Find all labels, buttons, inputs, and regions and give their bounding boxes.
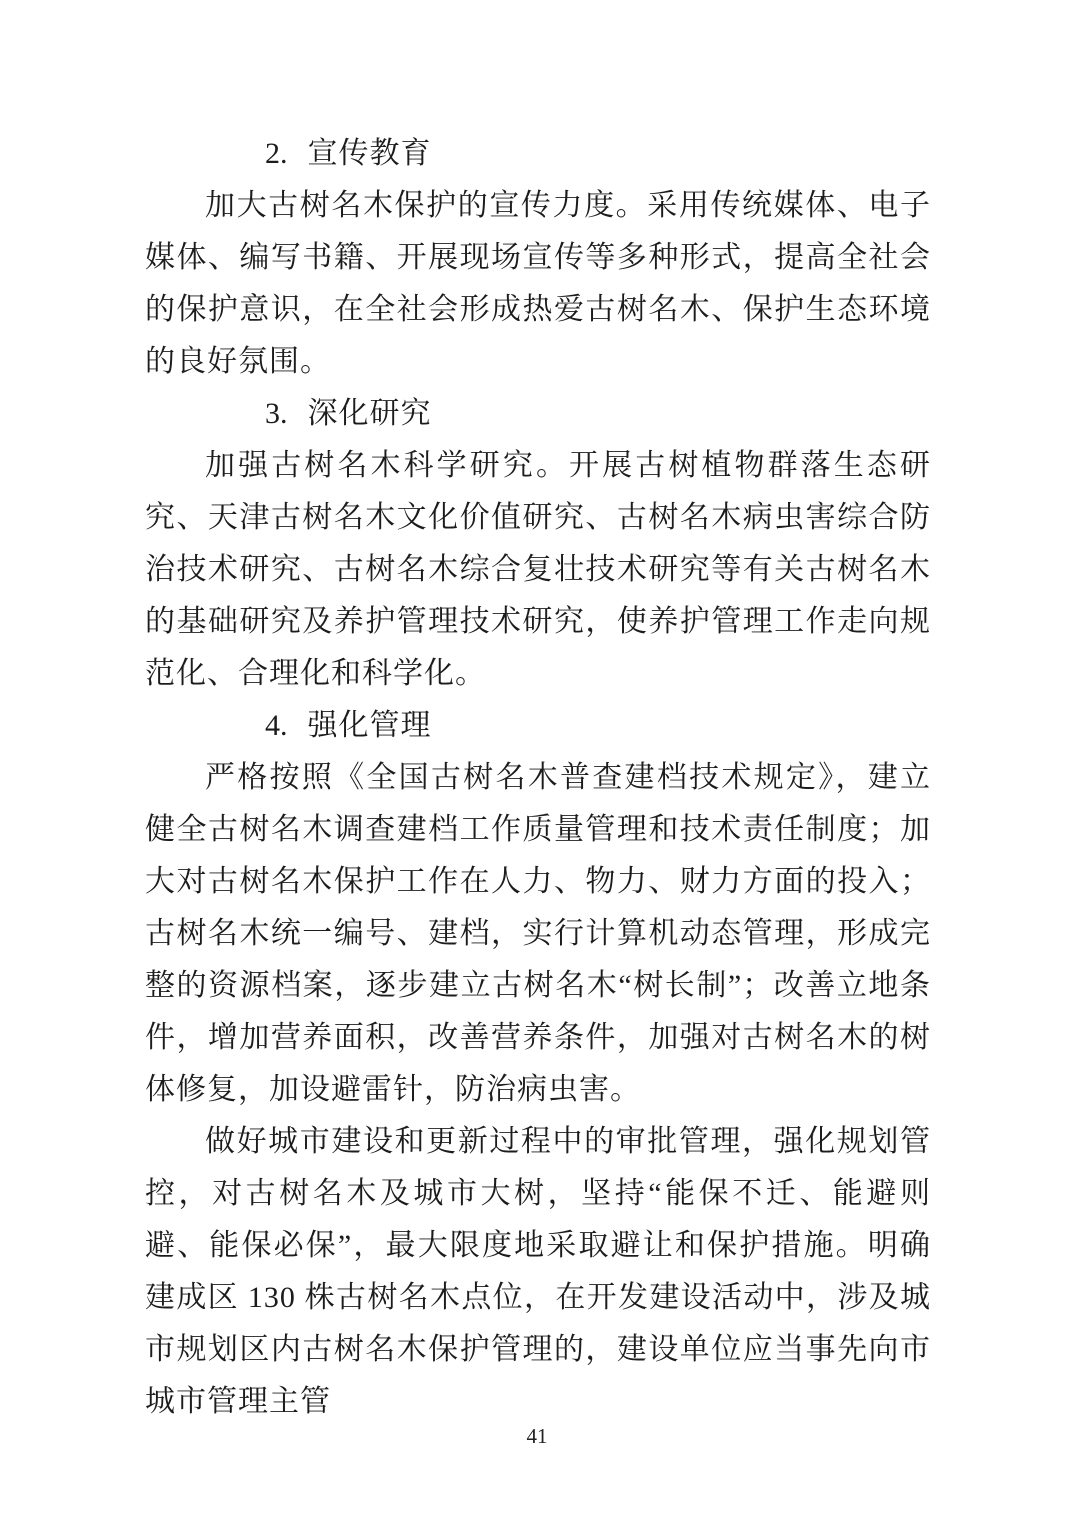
heading-title: 宣传教育: [308, 137, 432, 170]
section-deepen-research: 3.深化研究 加强古树名木科学研究。开展古树植物群落生态研究、天津古树名木文化价…: [145, 388, 931, 700]
document-body: 2.宣传教育 加大古树名木保护的宣传力度。采用传统媒体、电子媒体、编写书籍、开展…: [145, 128, 931, 1428]
section-heading: 2.宣传教育: [145, 128, 931, 180]
heading-number: 4.: [205, 700, 288, 752]
paragraph: 加强古树名木科学研究。开展古树植物群落生态研究、天津古树名木文化价值研究、古树名…: [145, 440, 931, 700]
page-footer: 41: [0, 1424, 1074, 1448]
paragraph: 做好城市建设和更新过程中的审批管理，强化规划管控，对古树名木及城市大树，坚持“能…: [145, 1116, 931, 1428]
page-number: 41: [527, 1424, 548, 1448]
heading-number: 2.: [205, 128, 288, 180]
document-page: 2.宣传教育 加大古树名木保护的宣传力度。采用传统媒体、电子媒体、编写书籍、开展…: [0, 0, 1074, 1520]
section-strengthen-management: 4.强化管理 严格按照《全国古树名木普查建档技术规定》，建立健全古树名木调查建档…: [145, 700, 931, 1428]
paragraph: 严格按照《全国古树名木普查建档技术规定》，建立健全古树名木调查建档工作质量管理和…: [145, 752, 931, 1116]
section-publicity-education: 2.宣传教育 加大古树名木保护的宣传力度。采用传统媒体、电子媒体、编写书籍、开展…: [145, 128, 931, 388]
paragraph: 加大古树名木保护的宣传力度。采用传统媒体、电子媒体、编写书籍、开展现场宣传等多种…: [145, 180, 931, 388]
heading-title: 强化管理: [308, 709, 432, 742]
heading-number: 3.: [205, 388, 288, 440]
heading-title: 深化研究: [308, 397, 432, 430]
section-heading: 3.深化研究: [145, 388, 931, 440]
section-heading: 4.强化管理: [145, 700, 931, 752]
